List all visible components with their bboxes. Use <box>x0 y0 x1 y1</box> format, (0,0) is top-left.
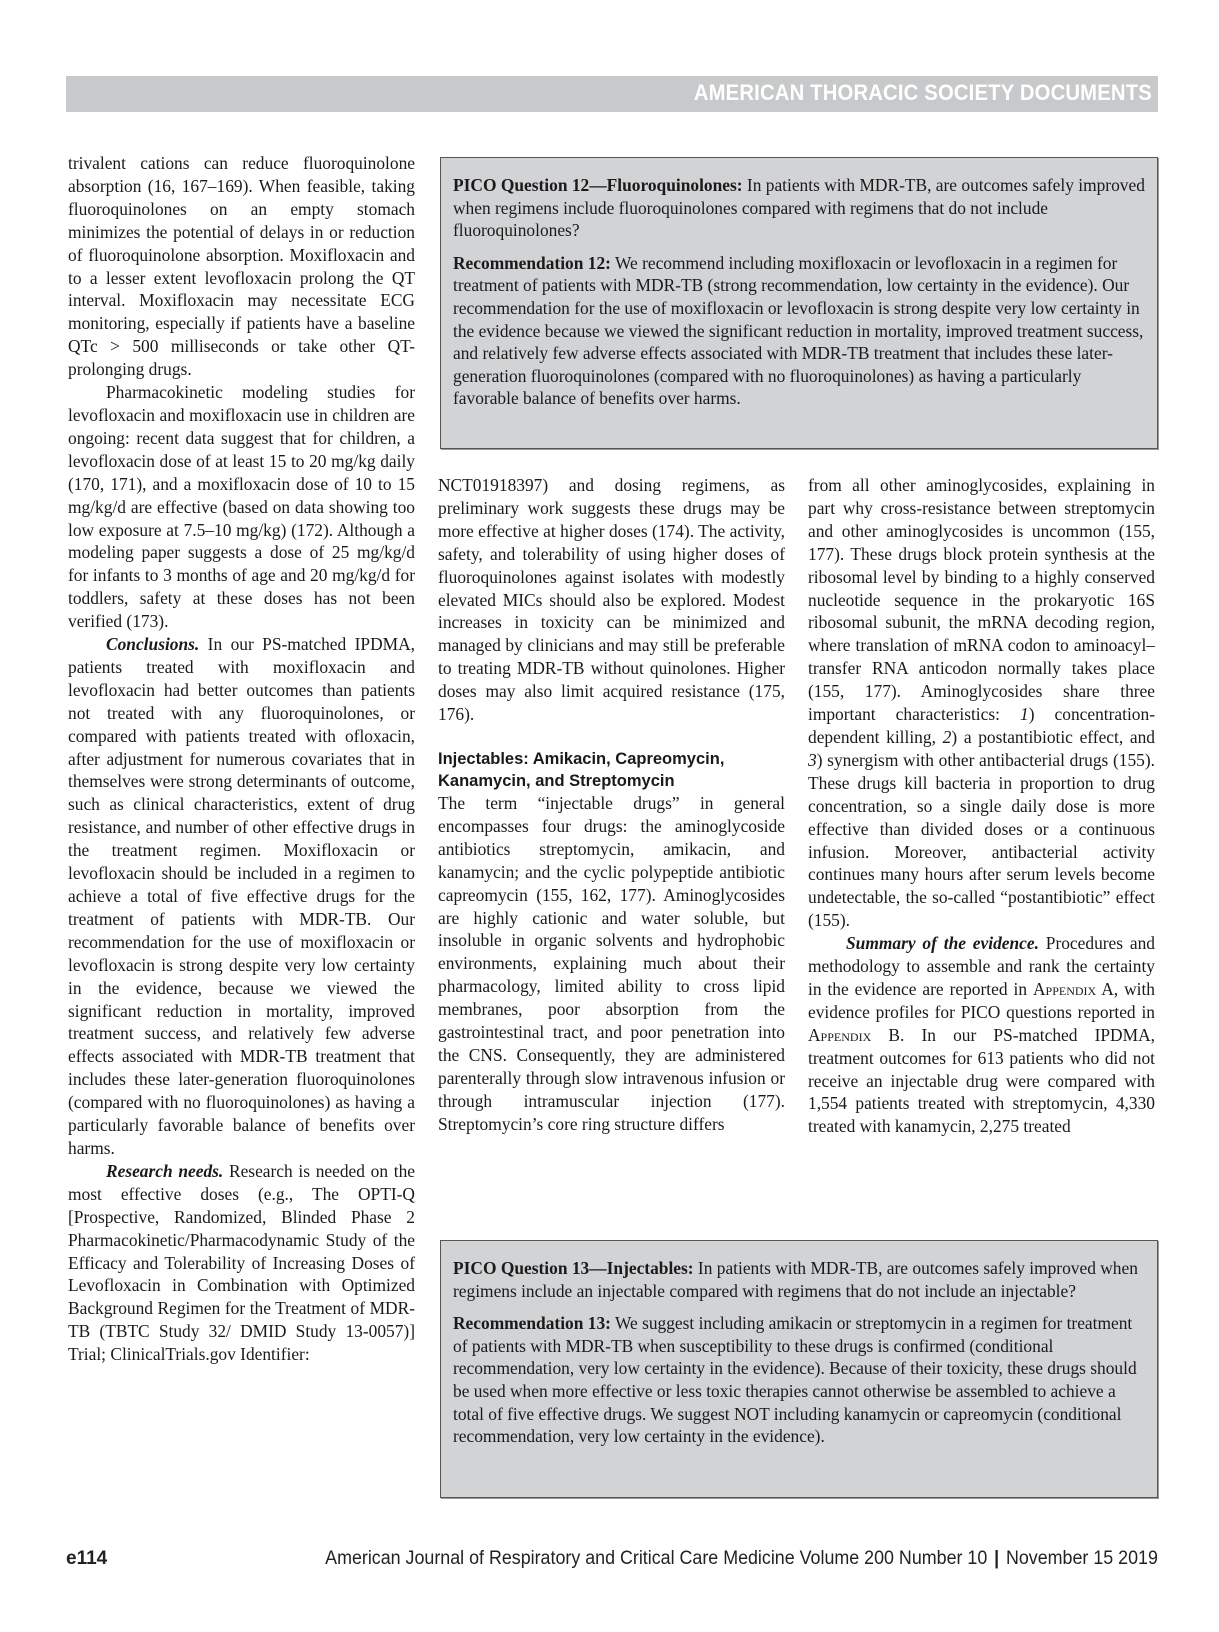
journal-name: American Journal of Respiratory and Crit… <box>325 1548 987 1569</box>
section-heading-injectables: Injectables: Amikacin, Capreomycin, Kana… <box>438 748 785 792</box>
paragraph-text: Research is needed on the most effective… <box>68 1161 415 1364</box>
pico-question-label: PICO Question 12—Fluoroquinolones: <box>453 175 743 195</box>
paragraph: The term “injectable drugs” in general e… <box>438 792 785 1136</box>
paragraph: Conclusions. In our PS-matched IPDMA, pa… <box>68 633 415 1160</box>
pico-question-13-box: PICO Question 13—Injectables: In patient… <box>440 1240 1158 1498</box>
paragraph: from all other aminoglycosides, explaini… <box>808 474 1155 932</box>
paragraph-text: from all other aminoglycosides, explaini… <box>808 475 1155 724</box>
list-numeral: 1 <box>1020 704 1029 724</box>
footer-separator: | <box>992 1548 1001 1569</box>
paragraph: Research needs. Research is needed on th… <box>68 1160 415 1366</box>
page-footer: e114 American Journal of Respiratory and… <box>66 1548 1158 1574</box>
issue-date: November 15 2019 <box>1006 1548 1158 1569</box>
journal-citation: American Journal of Respiratory and Crit… <box>325 1548 1158 1570</box>
recommendation-label: Recommendation 13: <box>453 1313 611 1333</box>
recommendation: Recommendation 13: We suggest including … <box>453 1312 1145 1448</box>
pico-question: PICO Question 12—Fluoroquinolones: In pa… <box>453 174 1145 242</box>
body-column-3: from all other aminoglycosides, explaini… <box>808 474 1155 1138</box>
pico-question: PICO Question 13—Injectables: In patient… <box>453 1257 1145 1302</box>
running-header-title: AMERICAN THORACIC SOCIETY DOCUMENTS <box>694 80 1152 106</box>
body-column-1: trivalent cations can reduce fluoroquino… <box>68 152 415 1366</box>
running-header-bar: AMERICAN THORACIC SOCIETY DOCUMENTS <box>66 76 1158 112</box>
body-column-2: NCT01918397) and dosing regimens, as pre… <box>438 474 785 1136</box>
list-numeral: 3 <box>808 750 817 770</box>
run-in-heading-conclusions: Conclusions. <box>106 634 199 654</box>
run-in-heading-research-needs: Research needs. <box>106 1161 223 1181</box>
appendix-reference-b: Appendix <box>808 1025 871 1045</box>
recommendation-text: We recommend including moxifloxacin or l… <box>453 253 1143 409</box>
page-number: e114 <box>66 1548 107 1570</box>
paragraph-text: ) synergism with other antibacterial dru… <box>808 750 1155 930</box>
paragraph: NCT01918397) and dosing regimens, as pre… <box>438 474 785 726</box>
paragraph: Summary of the evidence. Procedures and … <box>808 932 1155 1138</box>
recommendation: Recommendation 12: We recommend includin… <box>453 252 1145 410</box>
paragraph-text: ) a postantibiotic effect, and <box>951 727 1155 747</box>
paragraph-text: In our PS-matched IPDMA, patients treate… <box>68 634 415 1158</box>
pico-question-12-box: PICO Question 12—Fluoroquinolones: In pa… <box>440 157 1158 449</box>
pico-question-label: PICO Question 13—Injectables: <box>453 1258 694 1278</box>
recommendation-label: Recommendation 12: <box>453 253 611 273</box>
appendix-reference-a: Appendix <box>1033 979 1096 999</box>
paragraph: trivalent cations can reduce fluoroquino… <box>68 152 415 381</box>
run-in-heading-summary: Summary of the evidence. <box>846 933 1039 953</box>
paragraph: Pharmacokinetic modeling studies for lev… <box>68 381 415 633</box>
